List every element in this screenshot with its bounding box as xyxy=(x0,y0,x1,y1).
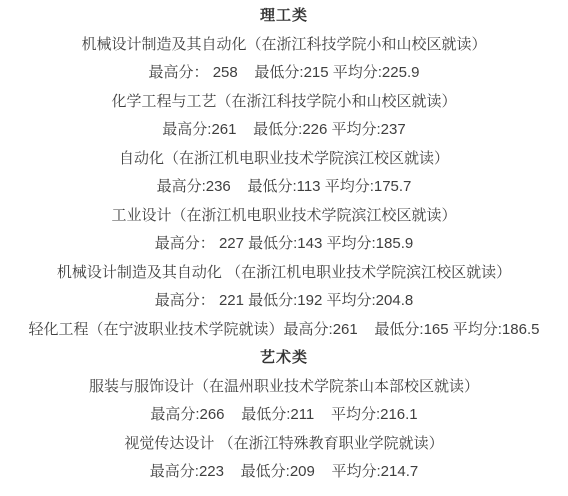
scores-line: 最高分:261 最低分:226 平均分:237 xyxy=(0,116,568,145)
major-line: 机械设计制造及其自动化（在浙江科技学院小和山校区就读） xyxy=(0,31,568,60)
major-line: 服装与服饰设计（在温州职业技术学院茶山本部校区就读） xyxy=(0,373,568,402)
scores-line: 最高分： 221 最低分:192 平均分:204.8 xyxy=(0,287,568,316)
scores-line: 最高分:236 最低分:113 平均分:175.7 xyxy=(0,173,568,202)
major-line: 视觉传达设计 （在浙江特殊教育职业学院就读） xyxy=(0,430,568,459)
major-line: 机械设计制造及其自动化 （在浙江机电职业技术学院滨江校区就读） xyxy=(0,259,568,288)
scores-line: 最高分： 258 最低分:215 平均分:225.9 xyxy=(0,59,568,88)
section-heading-art: 艺术类 xyxy=(0,344,568,373)
major-line: 工业设计（在浙江机电职业技术学院滨江校区就读） xyxy=(0,202,568,231)
scores-line: 最高分:223 最低分:209 平均分:214.7 xyxy=(0,458,568,487)
admission-scores-document: 理工类 机械设计制造及其自动化（在浙江科技学院小和山校区就读） 最高分： 258… xyxy=(0,0,568,496)
major-scores-line: 轻化工程（在宁波职业技术学院就读）最高分:261 最低分:165 平均分:186… xyxy=(0,316,568,345)
scores-line: 最高分： 227 最低分:143 平均分:185.9 xyxy=(0,230,568,259)
scores-line: 最高分:266 最低分:211 平均分:216.1 xyxy=(0,401,568,430)
major-line: 化学工程与工艺（在浙江科技学院小和山校区就读） xyxy=(0,88,568,117)
major-line: 自动化（在浙江机电职业技术学院滨江校区就读） xyxy=(0,145,568,174)
section-heading-science-engineering: 理工类 xyxy=(0,2,568,31)
